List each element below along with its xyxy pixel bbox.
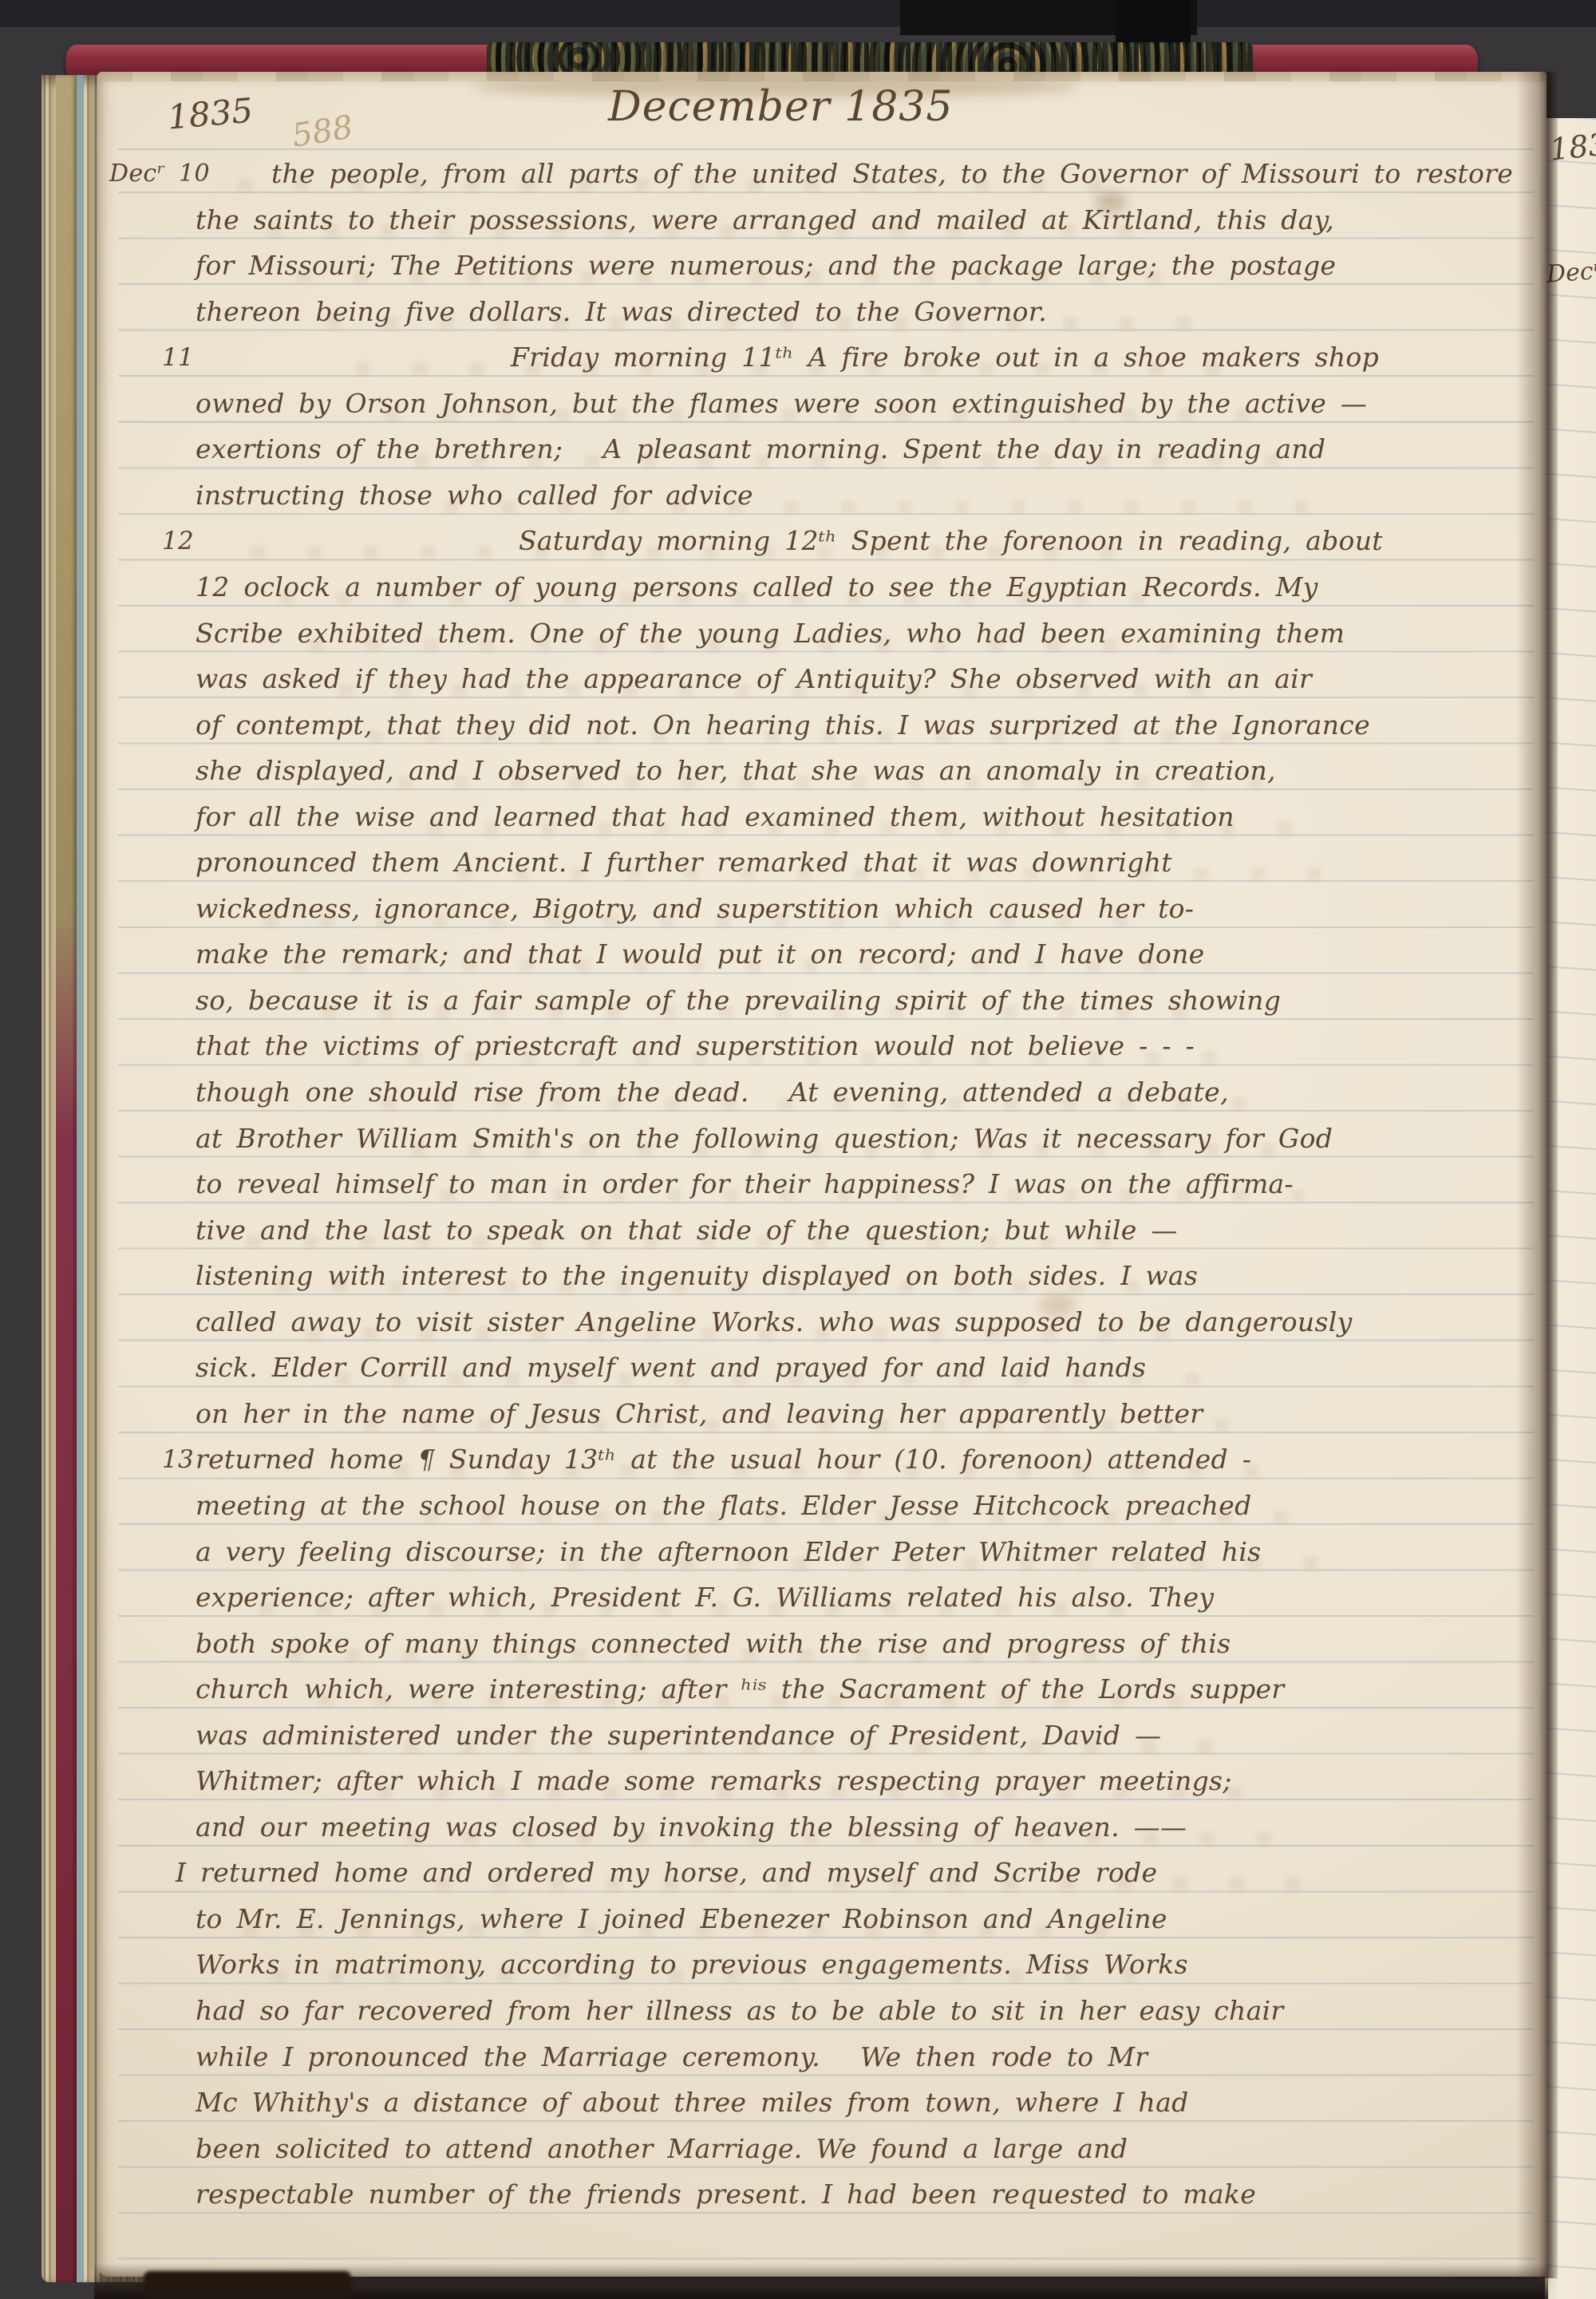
line-text: instructing those who called for advice [196,476,753,515]
line-text: listening with interest to the ingenuity… [196,1257,1198,1295]
line-text: owned by Orson Johnson, but the flames w… [196,385,1367,423]
manuscript-line: at Brother William Smith's on the follow… [196,1120,1544,1163]
manuscript-line: make the remark; and that I would put it… [196,935,1544,978]
line-text: to Mr. E. Jennings, where I joined Ebene… [196,1900,1167,1938]
line-text: the people, from all parts of the united… [271,155,1513,193]
line-text: sick. Elder Corrill and myself went and … [196,1349,1146,1387]
manuscript-line: so, because it is a fair sample of the p… [196,982,1544,1025]
manuscript-line: sick. Elder Corrill and myself went and … [196,1349,1544,1392]
gutter-shadow [1516,72,1558,2278]
line-text: for Missouri; The Petitions were numerou… [196,247,1336,285]
journal-page: 1835 588 December 1835 Decʳ 10the people… [97,72,1547,2277]
entry-date-margin-label: 13 [162,1440,194,1479]
line-text: on her in the name of Jesus Christ, and … [196,1395,1203,1433]
line-text: Friday morning 11ᵗʰ A fire broke out in … [511,338,1379,377]
line-text: Saturday morning 12ᵗʰ Spent the forenoon… [519,522,1383,560]
manuscript-line: a very feeling discourse; in the afterno… [196,1533,1544,1576]
line-text: of contempt, that they did not. On heari… [196,706,1370,745]
entry-date-margin-label: Decʳ 10 [109,155,210,193]
manuscript-line: pronounced them Ancient. I further remar… [196,843,1544,887]
manuscript-line: church which, were interesting; after ʰⁱ… [196,1670,1544,1713]
line-text: a very feeling discourse; in the afterno… [196,1533,1261,1571]
line-text: that the victims of priestcraft and supe… [196,1027,1195,1065]
line-text: pronounced them Ancient. I further remar… [196,843,1172,882]
line-text: tive and the last to speak on that side … [196,1211,1178,1250]
manuscript-line: meeting at the school house on the flats… [196,1487,1544,1530]
manuscript-line: experience; after which, President F. G.… [196,1578,1544,1622]
line-text: meeting at the school house on the flats… [196,1487,1252,1525]
manuscript-line: both spoke of many things connected with… [196,1625,1544,1668]
manuscript-line: of contempt, that they did not. On heari… [196,706,1544,749]
manuscript-line: been solicited to attend another Marriag… [196,2130,1544,2173]
manuscript-line: while I pronounced the Marriage ceremony… [196,2038,1544,2081]
manuscript-line: Mc Whithy's a distance of about three mi… [196,2084,1544,2127]
line-text: the saints to their possessions, were ar… [196,201,1334,239]
scanned-book: 183 Decʳ. 1835 588 December 1835 Decʳ 10… [0,0,1596,2299]
manuscript-line: Decʳ 10the people, from all parts of the… [196,155,1544,198]
line-text: I returned home and ordered my horse, an… [176,1854,1157,1892]
manuscript-line: Works in matrimony, according to previou… [196,1945,1544,1989]
manuscript-line: had so far recovered from her illness as… [196,1992,1544,2035]
cover-spine-strip [56,75,77,2282]
manuscript-line: instructing those who called for advice [196,476,1544,519]
line-text: was asked if they had the appearance of … [196,660,1312,698]
line-text: to reveal himself to man in order for th… [196,1165,1294,1203]
manuscript-line: owned by Orson Johnson, but the flames w… [196,385,1544,428]
manuscript-line: to reveal himself to man in order for th… [196,1165,1544,1208]
line-text: make the remark; and that I would put it… [196,935,1204,974]
manuscript-line: she displayed, and I observed to her, th… [196,752,1544,795]
manuscript-line: listening with interest to the ingenuity… [196,1257,1544,1300]
manuscript-line: for Missouri; The Petitions were numerou… [196,247,1544,290]
line-text: and our meeting was closed by invoking t… [196,1808,1187,1847]
line-text: both spoke of many things connected with… [196,1625,1231,1663]
line-text: respectable number of the friends presen… [196,2175,1256,2214]
manuscript-line: 12Saturday morning 12ᵗʰ Spent the foreno… [196,522,1544,565]
manuscript-line: that the victims of priestcraft and supe… [196,1027,1544,1070]
manuscript-line: though one should rise from the dead. At… [196,1073,1544,1116]
line-text: Scribe exhibited them. One of the young … [196,614,1345,653]
line-text: Works in matrimony, according to previou… [196,1945,1188,1984]
manuscript-line: respectable number of the friends presen… [196,2175,1544,2218]
endpaper-blue-strip [77,75,84,2282]
line-text: thereon being five dollars. It was direc… [196,293,1047,331]
line-text: experience; after which, President F. G.… [196,1578,1214,1617]
manuscript-line: for all the wise and learned that had ex… [196,798,1544,841]
manuscript-line: to Mr. E. Jennings, where I joined Ebene… [196,1900,1544,1943]
manuscript-line: Whitmer; after which I made some remarks… [196,1762,1544,1805]
manuscript-line: was administered under the superintendan… [196,1716,1544,1760]
manuscript-line: 13returned home ¶ Sunday 13ᵗʰ at the usu… [196,1440,1544,1483]
line-text: returned home ¶ Sunday 13ᵗʰ at the usual… [196,1440,1251,1479]
line-text: at Brother William Smith's on the follow… [196,1120,1333,1158]
line-text: Whitmer; after which I made some remarks… [196,1762,1232,1800]
manuscript-line: Scribe exhibited them. One of the young … [196,614,1544,658]
line-text: she displayed, and I observed to her, th… [196,752,1276,790]
manuscript-line: the saints to their possessions, were ar… [196,201,1544,244]
manuscript-line: wickedness, ignorance, Bigotry, and supe… [196,890,1544,933]
manuscript-line: exertions of the brethren; A pleasant mo… [196,430,1544,473]
line-text: Mc Whithy's a distance of about three mi… [196,2084,1189,2122]
entry-date-margin-label: 12 [162,522,194,560]
manuscript-line: on her in the name of Jesus Christ, and … [196,1395,1544,1438]
manuscript-line: was asked if they had the appearance of … [196,660,1544,703]
entry-date-margin-label: 11 [162,338,194,377]
manuscript-line: thereon being five dollars. It was direc… [196,293,1544,336]
scan-top-shadow [0,0,1596,27]
line-text: was administered under the superintendan… [196,1716,1161,1755]
line-text: for all the wise and learned that had ex… [196,798,1235,836]
line-text: while I pronounced the Marriage ceremony… [196,2038,1148,2076]
manuscript-line: I returned home and ordered my horse, an… [196,1854,1544,1897]
line-text: though one should rise from the dead. At… [196,1073,1229,1112]
manuscript-line: called away to visit sister Angeline Wor… [196,1303,1544,1346]
manuscript-line: tive and the last to speak on that side … [196,1211,1544,1254]
line-text: so, because it is a fair sample of the p… [196,982,1281,1020]
line-text: exertions of the brethren; A pleasant mo… [196,430,1325,468]
line-text: called away to visit sister Angeline Wor… [196,1303,1353,1341]
line-text: had so far recovered from her illness as… [196,1992,1283,2030]
manuscript-lines: Decʳ 10the people, from all parts of the… [97,72,1547,2277]
manuscript-line: and our meeting was closed by invoking t… [196,1808,1544,1851]
line-text: wickedness, ignorance, Bigotry, and supe… [196,890,1194,928]
line-text: church which, were interesting; after ʰⁱ… [196,1670,1284,1708]
line-text: 12 oclock a number of young persons call… [196,568,1318,606]
line-text: been solicited to attend another Marriag… [196,2130,1128,2168]
manuscript-line: 11Friday morning 11ᵗʰ A fire broke out i… [196,338,1544,381]
book-bottom-board [144,2271,351,2299]
manuscript-line: 12 oclock a number of young persons call… [196,568,1544,611]
